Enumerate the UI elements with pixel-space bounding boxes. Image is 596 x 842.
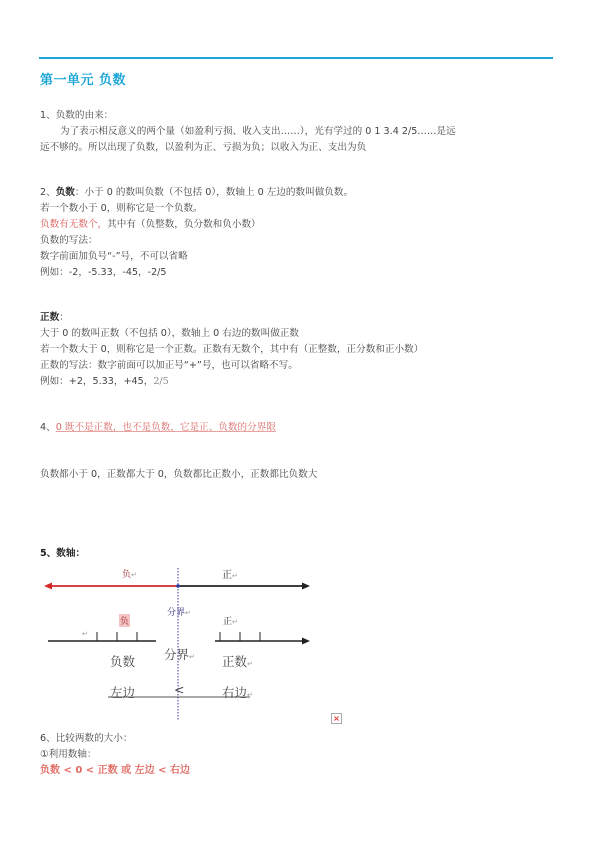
section2-line3-rest: 其中有（负整数，负分数和负小数） (107, 219, 261, 230)
section3-term: 正数 (40, 312, 59, 323)
section1-para-line2: 远不够的。所以出现了负数，以盈利为正、亏损为负；以收入为正、支出为负 (40, 140, 366, 156)
section2-term: 负数 (56, 187, 75, 198)
section6-heading: 6、比较两数的大小： (40, 731, 132, 747)
broken-image-icon: × (331, 713, 342, 724)
boundary-label: 分界↵ (164, 645, 195, 663)
positive-numbers-label: 正数↵ (222, 652, 253, 670)
section2-definition: 2、负数：小于 0 的数叫负数（不包括 0），数轴上 0 左边的数叫做负数。 (40, 185, 353, 201)
section4-num: 4、 (40, 422, 56, 433)
positive-label: 正↵ (222, 566, 238, 581)
section2-examples: 例如：-2，-5.33，-45，-2/5 (40, 265, 167, 281)
section2-highlight: 负数有无数个， (40, 219, 107, 230)
section3-examples-prefix: 例如：+2，5.33，+45， (40, 376, 153, 387)
right-side-label: 右边↵ (222, 683, 253, 701)
section6-method1: ①利用数轴： (40, 747, 97, 763)
section1-para-line1: 为了表示相反意义的两个量（如盈利亏损、收入支出……），光有学过的 0 1 3.4… (40, 124, 456, 140)
section2-def: ：小于 0 的数叫负数（不包括 0），数轴上 0 左边的数叫做负数。 (75, 187, 353, 198)
section3-line2: 若一个数大于 0，则称它是一个正数。正数有无数个，其中有（正整数，正分数和正小数… (40, 342, 423, 358)
less-than-sign: < (174, 682, 184, 697)
section2-num: 2、 (40, 187, 56, 198)
page-title: 第一单元 负数 (40, 69, 126, 88)
section2-line2: 若一个数小于 0，则称它是一个负数。 (40, 201, 203, 217)
positive-label-2: 正↵ (223, 614, 238, 627)
negative-numbers-label: 负数 (110, 652, 135, 670)
header-rule (39, 57, 553, 59)
section3-colon: ： (59, 312, 69, 323)
section3-line1: 大于 0 的数叫正数（不包括 0），数轴上 0 右边的数叫做正数 (40, 326, 299, 342)
number-line-diagram: 负↵ 正↵ 分界↵ 负 正↵ ↵ 分界↵ 负数 正数↵ 左边 < 右边↵ (40, 560, 320, 720)
negative-label: 负↵ (122, 567, 137, 580)
section3-heading: 正数： (40, 310, 69, 326)
section3-examples: 例如：+2，5.33，+45，2/5 (40, 374, 169, 390)
section1-heading: 1、负数的由来： (40, 108, 113, 124)
section3-examples-tail: 2/5 (153, 376, 168, 387)
boundary-label-small: 分界↵ (167, 605, 191, 618)
section3-line3: 正数的写法：数字前面可以加正号“+”号，也可以省略不写。 (40, 358, 298, 374)
left-side-label: 左边 (110, 683, 135, 701)
return-mark: ↵ (82, 630, 88, 638)
section2-line4: 负数的写法： (40, 233, 98, 249)
section4: 4、0 既不是正数，也不是负数，它是正、负数的分界限 (40, 420, 276, 436)
section2-line3: 负数有无数个，其中有（负整数，负分数和负小数） (40, 217, 261, 233)
summary-line: 负数都小于 0，正数都大于 0，负数都比正数小，正数都比负数大 (40, 467, 317, 483)
negative-label-highlighted: 负 (119, 614, 130, 627)
section2-line5: 数字前面加负号“-”号，不可以省略 (40, 249, 188, 265)
section4-statement: 0 既不是正数，也不是负数，它是正、负数的分界限 (56, 422, 276, 433)
section6-rule: 负数 < 0 < 正数 或 左边 < 右边 (40, 763, 190, 779)
